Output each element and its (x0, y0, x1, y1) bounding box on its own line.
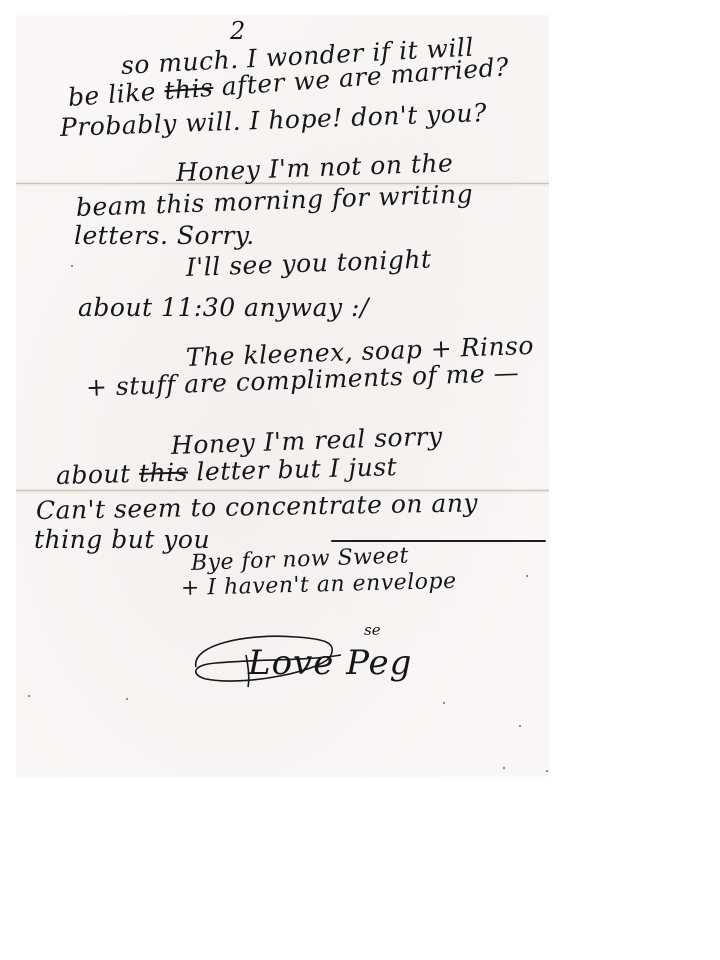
letter-line-11: Honey I'm real sorry (171, 424, 443, 458)
letter-page: 2 so much. I wonder if it will be like t… (16, 15, 549, 777)
letter-line-16: + I haven't an envelope (181, 571, 457, 600)
letter-line-6: letters. Sorry. (74, 223, 255, 248)
paper-speck (546, 770, 548, 772)
letter-line-10: + stuff are compliments of me — (86, 360, 520, 400)
paper-speck (28, 695, 30, 697)
letter-line-13: Can't seem to concentrate on any (36, 490, 478, 523)
signature-superscript: se (364, 621, 381, 639)
page-number: 2 (230, 19, 246, 43)
signature-name: Love Peg (248, 643, 412, 683)
signature: Love Peg se (186, 615, 466, 695)
paper-speck (503, 767, 505, 769)
paper-speck (443, 702, 445, 704)
letter-line-12: about this letter but I just (56, 454, 398, 488)
paper-speck (126, 698, 128, 700)
letter-line-4: Honey I'm not on the (176, 150, 454, 185)
letter-line-12-after: letter but I just (188, 452, 398, 486)
underline-stroke (331, 540, 546, 542)
struck-word: this (139, 458, 189, 488)
letter-line-8: about 11:30 anyway :/ (78, 295, 369, 320)
paper-speck (519, 725, 521, 727)
paper-speck (526, 575, 528, 577)
struck-word: this (163, 73, 214, 105)
letter-line-12-before: about (56, 459, 140, 490)
letter-line-14: thing but you (34, 527, 210, 552)
letter-line-2-before: be like (67, 76, 165, 112)
letter-line-7: I'll see you tonight (186, 246, 432, 280)
paper-speck (71, 265, 73, 267)
